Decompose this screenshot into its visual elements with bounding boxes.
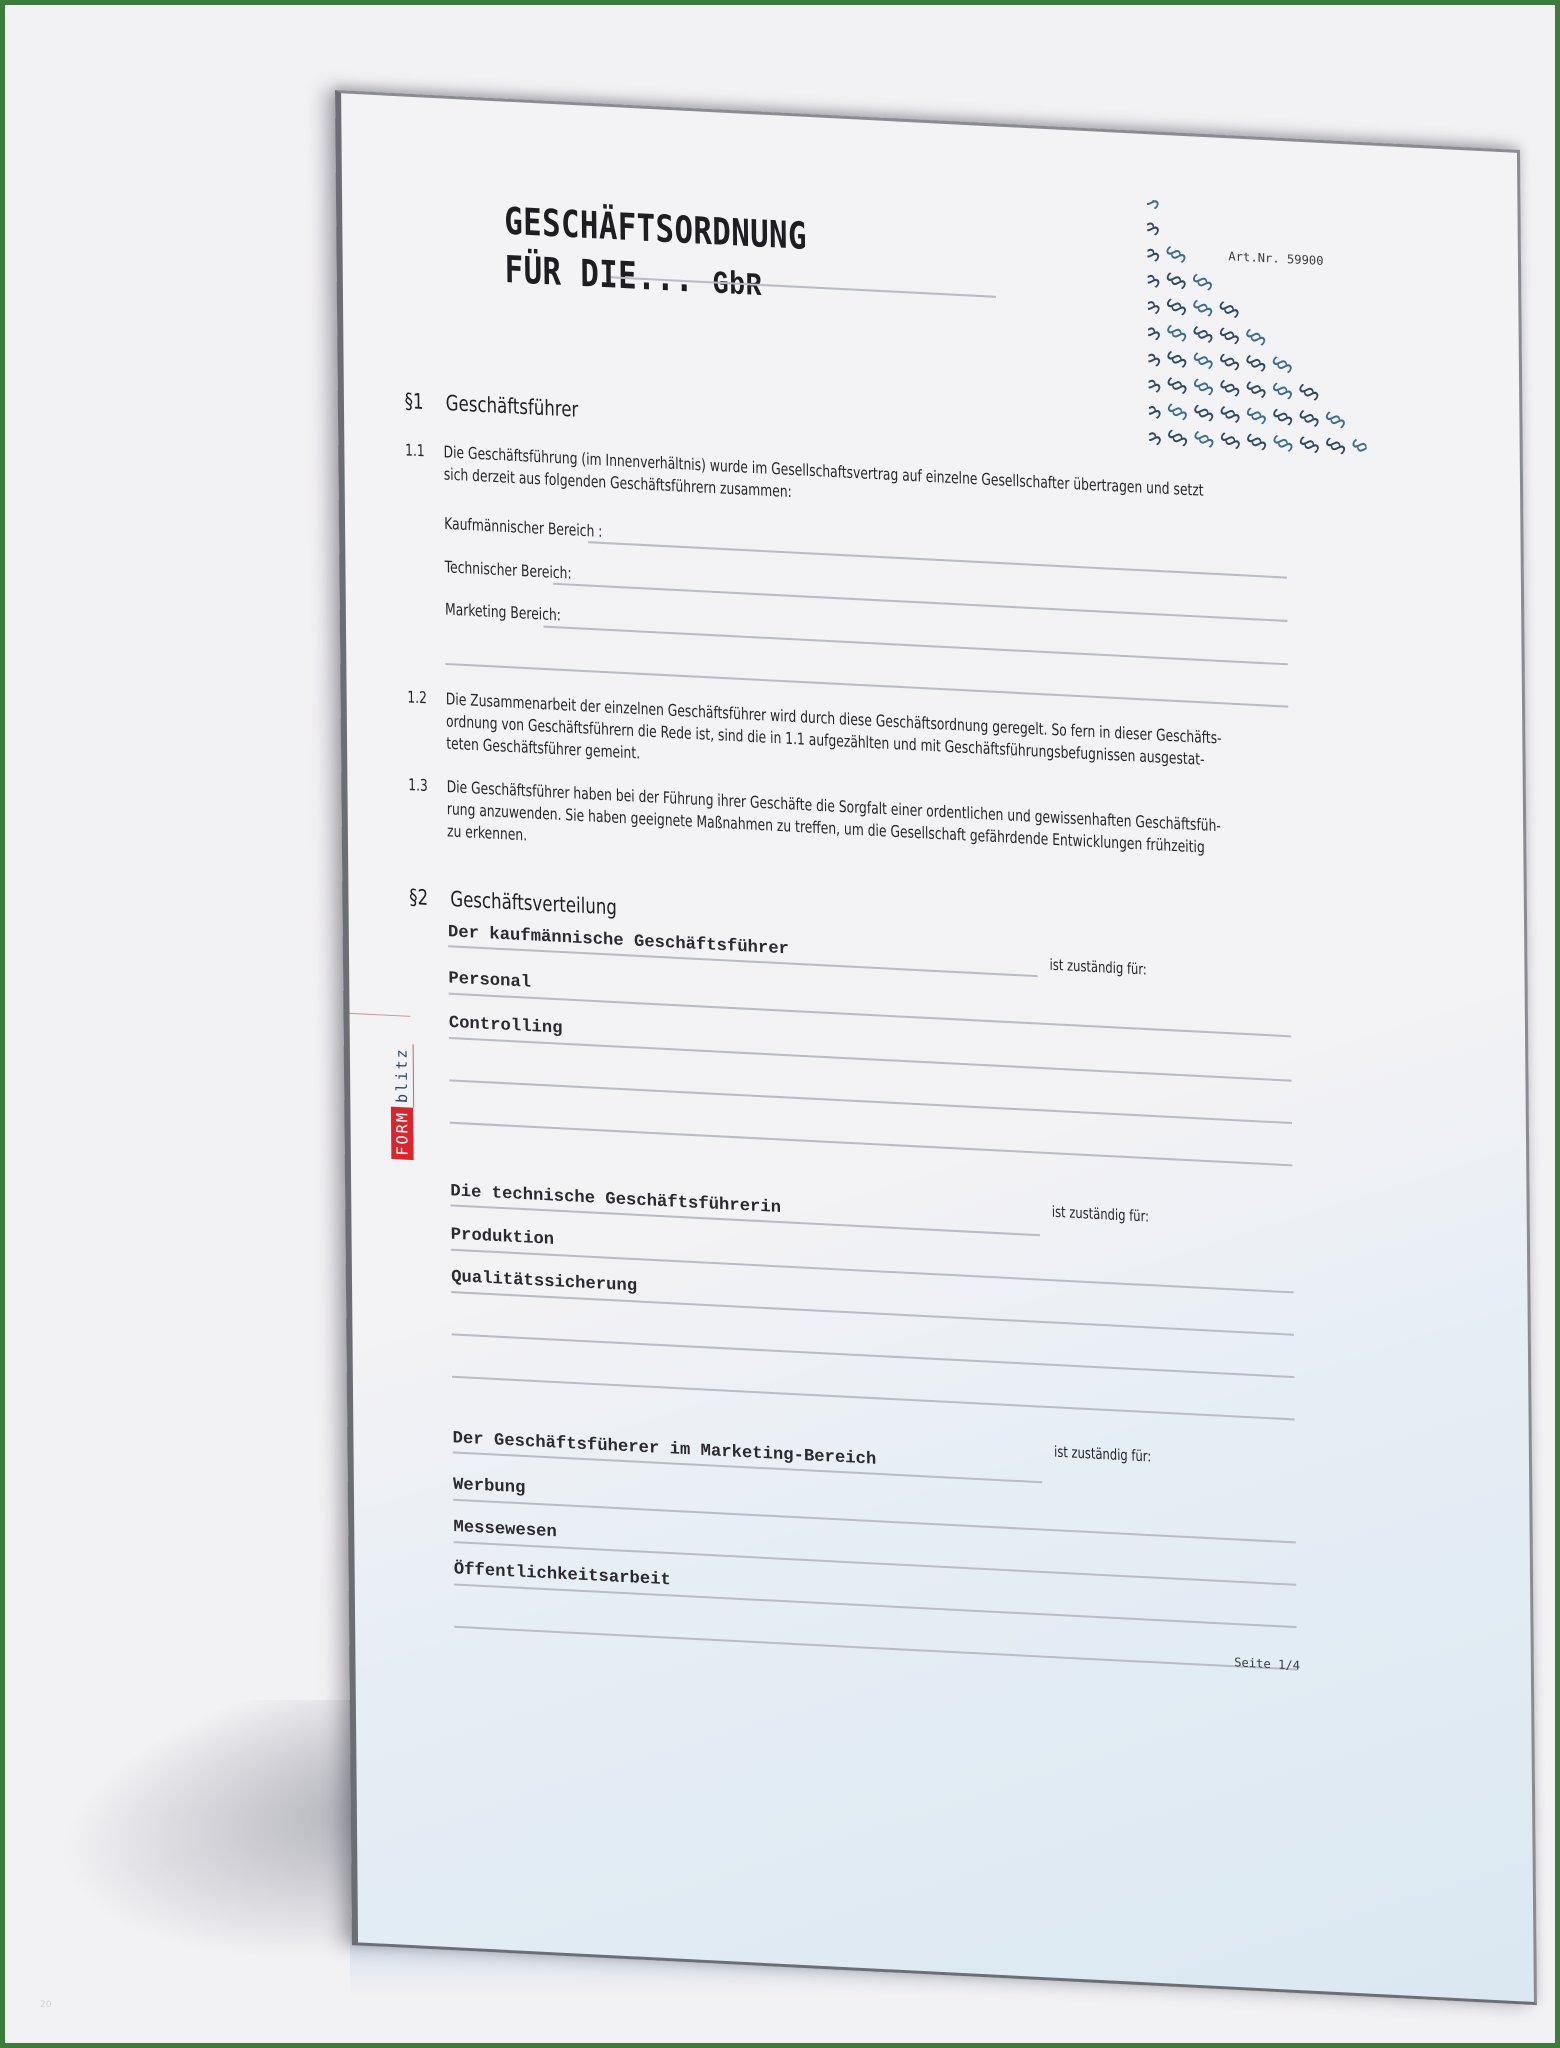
field-label-kaufmaennisch: Kaufmännischer Bereich : [444,514,602,541]
clause-1-3: 1.3 Die Geschäftsführer haben bei der Fü… [408,774,1178,884]
svg-text:§: § [1213,349,1244,375]
svg-text:§: § [1240,324,1271,350]
duty-line [451,1291,1294,1336]
svg-text:§: § [1160,294,1191,320]
duty-item[interactable]: Werbung [453,1476,526,1499]
svg-text:§: § [1186,269,1217,295]
duty-item[interactable]: Controlling [449,1014,563,1039]
svg-text:§: § [1187,374,1218,400]
svg-text:§: § [1214,427,1245,453]
duty-line[interactable] [449,1079,1292,1124]
svg-text:§: § [1161,425,1192,451]
svg-text:§: § [1160,267,1191,293]
svg-text:§: § [1240,429,1271,455]
document-title: GESCHÄFTSORDNUNG FÜR DIE... GbR [504,197,808,313]
duty-line[interactable] [454,1626,1297,1671]
svg-text:§: § [1160,241,1191,267]
duty-item[interactable]: Messewesen [453,1518,557,1542]
svg-text:§: § [1147,214,1165,240]
document-page: GESCHÄFTSORDNUNG FÜR DIE... GbR Art.Nr. … [335,90,1537,2005]
svg-text:§: § [1214,375,1245,401]
svg-text:§: § [1266,351,1297,377]
svg-text:§: § [1293,431,1324,457]
section-2-heading: §2Geschäftsverteilung [409,885,617,920]
responsible-label: ist zuständig für: [1052,1203,1149,1226]
svg-text:§: § [1346,434,1367,458]
svg-text:§: § [1187,321,1218,347]
field-label-technisch: Technischer Bereich: [445,557,572,583]
section-1-heading: §1Geschäftsführer [405,389,579,422]
field-input-marketing[interactable] [543,626,1287,666]
duty-line [454,1583,1297,1628]
svg-text:§: § [1240,376,1271,402]
field-input-kaufmaennisch[interactable] [588,541,1287,578]
duty-line [449,993,1292,1038]
svg-text:§: § [1161,346,1192,372]
svg-text:§: § [1188,400,1219,426]
svg-text:§: § [1161,320,1192,346]
responsible-label: ist zuständig für: [1050,956,1147,979]
svg-text:§: § [1240,350,1271,376]
duty-item[interactable]: Personal [448,969,531,992]
page-indicator: Seite 1/4 [1234,1655,1300,1672]
responsible-label: ist zuständig für: [1054,1443,1151,1466]
svg-text:§: § [1319,406,1350,432]
svg-text:§: § [1213,322,1244,348]
duty-item[interactable]: Produktion [451,1226,555,1250]
duty-line[interactable] [452,1333,1295,1378]
svg-text:§: § [1293,379,1324,405]
duty-line [453,1499,1296,1544]
field-label-marketing: Marketing Bereich: [445,599,561,624]
duty-line[interactable] [452,1376,1295,1421]
duty-line[interactable] [450,1122,1293,1167]
svg-text:§: § [1266,378,1297,404]
formblitz-logo: FORMblitz [390,1018,414,1160]
svg-text:§: § [1187,347,1218,373]
svg-text:§: § [1147,200,1164,214]
svg-text:§: § [1240,402,1271,428]
svg-text:§: § [1161,372,1192,398]
corner-mark: 20 [40,2000,51,2010]
svg-text:§: § [1267,430,1298,456]
svg-text:§: § [1213,296,1244,322]
svg-text:§: § [1188,426,1219,452]
paragraph-pattern-icon: §§§§§§§§§§§§§§§§§§§§§§§§§§§§§§§§§§§§§§§§… [1147,200,1367,458]
field-input-technisch[interactable] [553,583,1287,622]
svg-text:§: § [1214,401,1245,427]
svg-text:§: § [1187,295,1218,321]
svg-text:§: § [1293,405,1324,431]
clause-1-1: 1.1 Die Geschäftsführung (im Innenverhäl… [405,439,1175,528]
svg-text:§: § [1161,398,1192,424]
duty-line [449,1037,1292,1082]
svg-text:§: § [1267,404,1298,430]
